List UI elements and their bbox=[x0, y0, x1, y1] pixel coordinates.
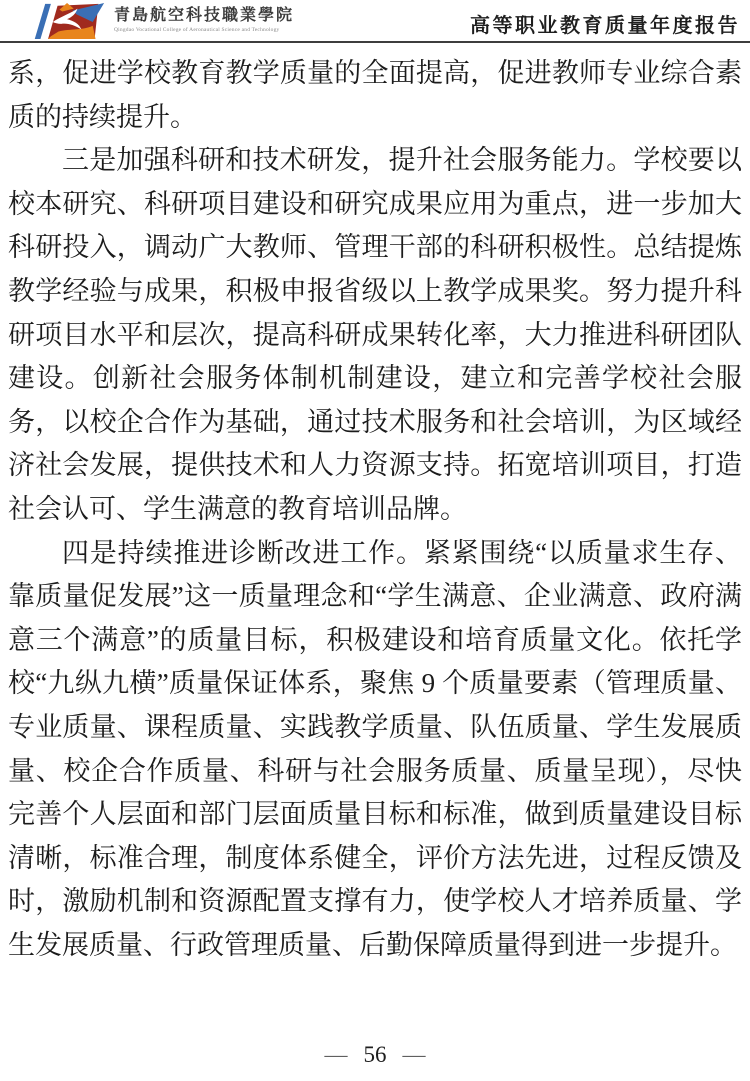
college-logo-icon bbox=[30, 2, 106, 40]
footer-left-dash: — bbox=[325, 1042, 348, 1067]
report-title: 高等职业教育质量年度报告 bbox=[470, 9, 740, 41]
document-page: 青島航空科技職業學院 Qingdao Vocational College of… bbox=[0, 0, 750, 1081]
page-footer: —56— bbox=[0, 1041, 750, 1069]
school-name-block: 青島航空科技職業學院 Qingdao Vocational College of… bbox=[114, 2, 294, 34]
school-name-english: Qingdao Vocational College of Aeronautic… bbox=[114, 26, 294, 34]
school-name-chinese: 青島航空科技職業學院 bbox=[114, 6, 294, 26]
footer-right-dash: — bbox=[403, 1042, 426, 1067]
paragraph-point-four: 四是持续推进诊断改进工作。紧紧围绕“以质量求生存、靠质量促发展”这一质量理念和“… bbox=[8, 532, 742, 968]
college-brand: 青島航空科技職業學院 Qingdao Vocational College of… bbox=[30, 0, 294, 40]
page-header: 青島航空科技職業學院 Qingdao Vocational College of… bbox=[0, 0, 750, 43]
page-number: 56 bbox=[364, 1042, 387, 1067]
document-body: 系，促进学校教育教学质量的全面提高，促进教师专业综合素质的持续提升。 三是加强科… bbox=[0, 43, 750, 967]
paragraph-point-three: 三是加强科研和技术研发，提升社会服务能力。学校要以校本研究、科研项目建设和研究成… bbox=[8, 139, 742, 531]
paragraph-continuation: 系，促进学校教育教学质量的全面提高，促进教师专业综合素质的持续提升。 bbox=[8, 52, 742, 139]
